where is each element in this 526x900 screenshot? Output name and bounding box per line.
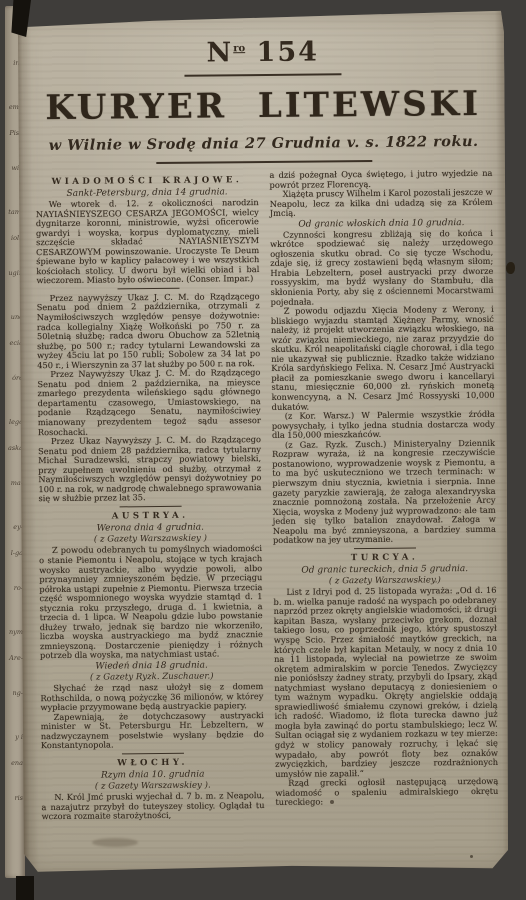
paragraph: We wtorek d. 12. z okoliczności narodzin… (36, 198, 260, 286)
paper-smudge (92, 838, 138, 847)
paragraph: Czynności kongresu zbliżają się do końca… (270, 229, 494, 308)
section-heading: WŁOCHY. (41, 757, 264, 769)
section-heading: WIADOMOŚCI KRAJOWE. (35, 175, 258, 187)
issue-superscript: ro (233, 43, 245, 54)
paragraph: Z powodu odjazdu Xięcia Modeny z Werony,… (271, 305, 495, 412)
edge-text-fragment: nym (5, 628, 25, 636)
newspaper-title: KURYER LITEWSKI (35, 84, 492, 128)
paragraph: List z Idryi pod d. 25 listopada wyraża:… (273, 586, 498, 779)
paper-speck (330, 800, 334, 804)
masthead-rule-top (184, 73, 341, 77)
issue-prefix: N (206, 37, 233, 68)
masthead: Nro 154 KURYER LITEWSKI w Wilnie w Srodę… (34, 35, 492, 165)
paragraph: (z Kor. Warsz.) W Palermie wszystkie źró… (272, 410, 495, 441)
edge-text-fragment: ng- (5, 689, 25, 697)
edge-text-fragment: Are- (5, 654, 25, 662)
left-column: WIADOMOŚCI KRAJOWE.Sankt-Petersburg, dni… (35, 171, 264, 822)
issue-number: Nro 154 (34, 35, 491, 70)
dateline: Rzym dnia 10. grudnia (41, 769, 264, 781)
paragraph: N. Król Jmć pruski wyjechał d. 7 b. m. z… (41, 791, 264, 822)
masthead-dateline: w Wilnie w Srodę dnia 27 Grudnia v. s. 1… (35, 133, 492, 154)
paper-speck (470, 855, 473, 858)
paragraph: Zapewniają, że dotychczasowy austryacki … (41, 711, 264, 751)
masthead-rule-bottom (156, 160, 372, 164)
bookmark-tab-bottom (16, 876, 34, 900)
edge-text-fragment: y i (5, 733, 25, 741)
paragraph: Z powodu odebranych tu pomyślnych wiadom… (39, 544, 263, 661)
ink-blot (506, 262, 515, 274)
edge-text-fragment: ris (5, 794, 25, 802)
paragraph: Rząd grecki ogłosił następującą urzędową… (275, 777, 498, 808)
separator-rule (354, 548, 416, 550)
section-heading: AUSTRYA. (39, 510, 262, 522)
paragraph: (z Gaz. Ryzk. Zusch.) Ministeryalny Dzie… (272, 439, 496, 546)
newspaper-page: Nro 154 KURYER LITEWSKI w Wilnie w Srodę… (15, 11, 512, 876)
paragraph: Przez naywyższy Ukaz J. C. M. do Rządząc… (37, 292, 261, 371)
page-content: Nro 154 KURYER LITEWSKI w Wilnie w Srodę… (15, 11, 512, 823)
separator-rule (121, 753, 183, 755)
section-heading: TURCYA. (273, 552, 496, 564)
scan-background: { "colors":{ "background":"#3f3d3a", "pa… (0, 0, 526, 900)
paragraph: Przez Ukaz Naywyższy J. C. M. do Rządząc… (38, 435, 262, 504)
dateline: Werona dnia 4 grudnia. (39, 522, 262, 534)
paragraph: Słychać że rząd nasz ułożył się z domem … (40, 682, 263, 713)
edge-text-fragment: ena (5, 759, 25, 767)
text-columns: WIADOMOŚCI KRAJOWE.Sankt-Petersburg, dni… (35, 169, 498, 822)
dateline: Od granic tureckich, dnia 5 grudnia. (273, 564, 496, 576)
paragraph: Przez Naywyższy Ukaz J. C. M. do Rządząc… (37, 368, 261, 437)
right-column: a dziś pożegnał Oyca świętego, i jutro w… (269, 169, 498, 808)
paragraph: Xiążęta pruscy Wilhelm i Karol pozostali… (270, 188, 493, 219)
separator-rule (117, 288, 179, 290)
issue-value: 154 (256, 36, 319, 68)
separator-rule (119, 506, 181, 508)
